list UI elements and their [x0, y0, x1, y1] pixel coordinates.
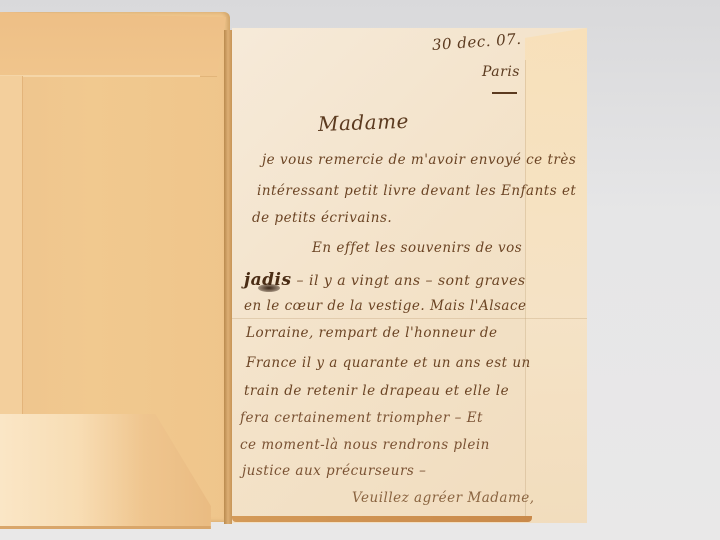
letter-folded-edge [525, 28, 587, 520]
letter-line: de petits écrivains. [252, 210, 392, 226]
folder-side-flap [0, 76, 23, 416]
letter-line: fera certainement triompher – Et [240, 410, 483, 426]
underline-rule [492, 92, 517, 94]
letter-line: train de retenir le drapeau et elle le [244, 383, 509, 399]
letter-bottom-edge [232, 516, 532, 522]
letter-line: En effet les souvenirs de vos [312, 240, 522, 256]
letter-line: je vous remercie de m'avoir envoyé ce tr… [262, 152, 576, 168]
letter-line: Lorraine, rempart de l'honneur de [246, 325, 497, 341]
folder-top-flap [0, 12, 226, 77]
letter-salutation: Madame [318, 109, 410, 136]
letter-line: ce moment-là nous rendrons plein [240, 437, 490, 453]
letter-line: France il y a quarante et un ans est un [246, 355, 531, 371]
letter-place: Paris [482, 64, 520, 80]
paper-fold-line [525, 60, 526, 520]
folder-spine [224, 30, 232, 524]
folder-crease [0, 75, 200, 77]
letter-line: en le cœur de la vestige. Mais l'Alsace [244, 298, 527, 314]
ink-blot [258, 284, 280, 292]
letter-closing: Veuillez agréer Madame, [352, 490, 535, 506]
letter-line: jadis – il y a vingt ans – sont graves [244, 270, 526, 290]
paper-fold-line [232, 318, 587, 319]
letter-line: intéressant petit livre devant les Enfan… [257, 183, 576, 199]
letter-line: justice aux précurseurs – [242, 463, 426, 479]
photo-scene: 30 dec. 07. Paris Madame je vous remerci… [0, 0, 720, 540]
letter-line-text: – il y a vingt ans – sont graves [297, 273, 526, 289]
